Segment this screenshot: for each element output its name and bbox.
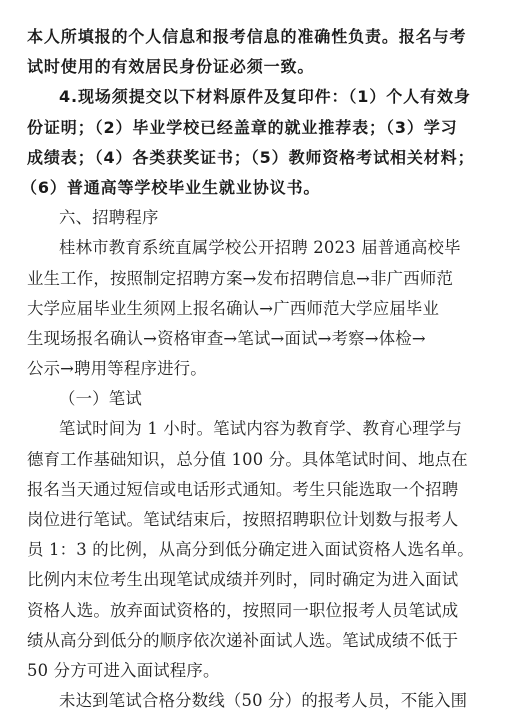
paragraph-line: 比例内末位考生出现笔试成绩并列时，同时确定为进入面试: [27, 565, 457, 595]
subsection-heading: （一）笔试: [27, 384, 457, 414]
paragraph-line: 资格人选。放弃面试资格的，按照同一职位报考人员笔试成: [27, 596, 457, 626]
paragraph-line: 员 1：3 的比例，从高分到低分确定进入面试资格人选名单。: [27, 535, 457, 565]
list-item-materials: 4.现场须提交以下材料原件及复印件：（1）个人有效身: [27, 82, 457, 112]
paragraph-line: 生现场报名确认→资格审查→笔试→面试→考察→体检→: [27, 324, 457, 354]
paragraph-line: 份证明；（2）毕业学校已经盖章的就业推荐表；（3）学习: [27, 113, 457, 143]
paragraph-line: 50 分方可进入面试程序。: [27, 656, 457, 686]
paragraph-line: 本人所填报的个人信息和报考信息的准确性负责。报名与考: [27, 22, 457, 52]
paragraph-line: 绩从高分到低分的顺序依次递补面试人选。笔试成绩不低于: [27, 626, 457, 656]
paragraph-line: 笔试时间为 1 小时。笔试内容为教育学、教育心理学与: [27, 414, 457, 444]
paragraph-line: 报名当天通过短信或电话形式通知。考生只能选取一个招聘: [27, 475, 457, 505]
paragraph-line: 成绩表；（4）各类获奖证书；（5）教师资格考试相关材料；: [27, 143, 457, 173]
document-page: 本人所填报的个人信息和报考信息的准确性负责。报名与考 试时使用的有效居民身份证必…: [27, 22, 457, 715]
paragraph-line: 岗位进行笔试。笔试结束后，按照招聘职位计划数与报考人: [27, 505, 457, 535]
paragraph-line: 公示→聘用等程序进行。: [27, 354, 457, 384]
paragraph-line: 未达到笔试合格分数线（50 分）的报考人员，不能入围: [27, 686, 457, 715]
paragraph-line: 桂林市教育系统直属学校公开招聘 2023 届普通高校毕: [27, 233, 457, 263]
paragraph-line: 德育工作基础知识，总分值 100 分。具体笔试时间、地点在: [27, 445, 457, 475]
paragraph-line: 试时使用的有效居民身份证必须一致。: [27, 52, 457, 82]
paragraph-line: 业生工作，按照制定招聘方案→发布招聘信息→非广西师范: [27, 264, 457, 294]
paragraph-line: （6）普通高等学校毕业生就业协议书。: [21, 173, 457, 203]
paragraph-line: 大学应届毕业生须网上报名确认→广西师范大学应届毕业: [27, 294, 457, 324]
section-heading: 六、招聘程序: [27, 203, 457, 233]
